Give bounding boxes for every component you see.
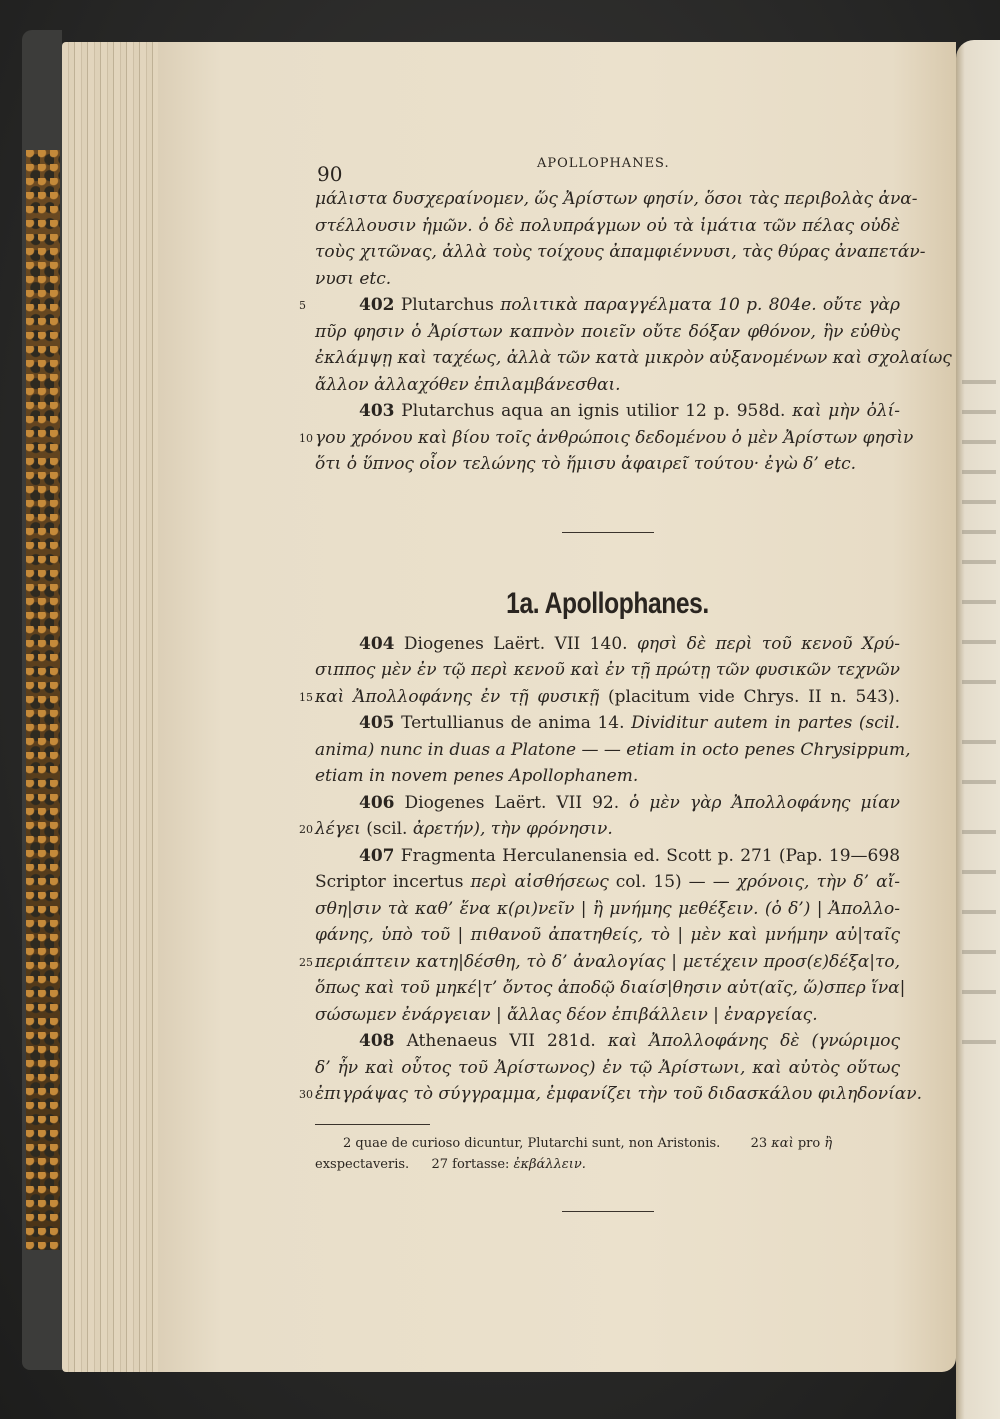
greek-text: ἀρετήν), τὴν φρόνησιν. xyxy=(413,819,613,839)
text-line: 15 καὶ Ἀπολλοφάνης ἐν τῇ φυσικῇ (placitu… xyxy=(315,684,900,711)
fragment-405: 405 Tertullianus de anima 14. Dividitur … xyxy=(315,710,900,737)
latin-text: (placitum vide Chrys. II n. 543). xyxy=(608,687,900,707)
greek-text: γου χρόνου καὶ βίου τοῖς ἀνθρώποις δεδομ… xyxy=(315,428,913,448)
footnote-line: 2 quae de curioso dicuntur, Plutarchi su… xyxy=(315,1133,900,1154)
latin-quote: Dividitur autem in partes (scil. xyxy=(631,713,900,733)
greek-text: χρόνοις, τὴν δ’ αἴ- xyxy=(737,872,900,892)
page-end-rule xyxy=(562,1211,654,1212)
footnote-text: 23 xyxy=(751,1136,768,1151)
text-line: etiam in novem penes Apollophanem. xyxy=(315,763,900,790)
greek-text: καὶ μὴν ὀλί- xyxy=(792,401,900,421)
greek-text: ἐπιγράψας τὸ σύγγραμμα, ἐμφανίζει τὴν το… xyxy=(315,1084,922,1104)
footnotes: 2 quae de curioso dicuntur, Plutarchi su… xyxy=(315,1133,900,1175)
latin-text: (scil. xyxy=(366,819,407,839)
facing-page-edge xyxy=(956,40,1000,1419)
text-line: 10 γου χρόνου καὶ βίου τοῖς ἀνθρώποις δε… xyxy=(315,425,900,452)
text-line: φάνης, ὑπὸ τοῦ | πιθανοῦ ἀπατηθείς, τὸ |… xyxy=(315,922,900,949)
fragment-402: 5 402 Plutarchus πολιτικὰ παραγγέλματα 1… xyxy=(315,292,900,319)
page-number: 90 xyxy=(317,162,342,186)
fragment-number: 407 xyxy=(359,846,395,866)
running-head: 90 APOLLOPHANES. xyxy=(315,150,900,186)
fragment-408: 408 Athenaeus VII 281d. καὶ Ἀπολλοφάνης … xyxy=(315,1028,900,1055)
latin-text: Scriptor incertus xyxy=(315,872,463,892)
footnote-text: exspectaveris. xyxy=(315,1157,409,1172)
greek-text: καὶ Ἀπολλοφάνης ἐν τῇ φυσικῇ xyxy=(315,687,599,707)
latin-text: col. 15) — — xyxy=(616,872,730,892)
fragment-source: Plutarchus xyxy=(401,295,494,315)
text-line: σιππος μὲν ἐν τῷ περὶ κενοῦ καὶ ἐν τῇ πρ… xyxy=(315,657,900,684)
fragment-number: 402 xyxy=(359,295,395,315)
text-line: ὅπως καὶ τοῦ μηκέ|τ’ ὄντος ἀποδῷ διαίσ|θ… xyxy=(315,975,900,1002)
text-line: σώσωμεν ἐνάργειαν | ἄλλας δέον ἐπιβάλλει… xyxy=(315,1002,900,1029)
fragment-404: 404 Diogenes Laërt. VII 140. φησὶ δὲ περ… xyxy=(315,631,900,658)
text-line: Scriptor incertus περὶ αἰσθήσεως col. 15… xyxy=(315,869,900,896)
greek-text: περιάπτειν κατη|δέσθη, τὸ δ’ ἀναλογίας |… xyxy=(315,952,900,972)
text-line: 25 περιάπτειν κατη|δέσθη, τὸ δ’ ἀναλογία… xyxy=(315,949,900,976)
section-title: 1a. Apollophanes. xyxy=(368,587,848,621)
line-number: 10 xyxy=(299,426,313,453)
fragment-403: 403 Plutarchus aqua an ignis utilior 12 … xyxy=(315,398,900,425)
text-line: δ’ ἦν καὶ οὗτος τοῦ Ἀρίστωνος) ἐν τῷ Ἀρί… xyxy=(315,1055,900,1082)
page-content: 90 APOLLOPHANES. μάλιστα δυσχεραίνομεν, … xyxy=(315,150,900,1212)
text-line: νυσι etc. xyxy=(315,266,900,293)
fragment-source: Tertullianus de anima 14. xyxy=(401,713,624,733)
text-line: ἐκλάμψῃ καὶ ταχέως, ἀλλὰ τῶν κατὰ μικρὸν… xyxy=(315,345,900,372)
text-line: 30 ἐπιγράψας τὸ σύγγραμμα, ἐμφανίζει τὴν… xyxy=(315,1081,900,1108)
footnote-text: 27 fortasse: xyxy=(431,1157,509,1172)
text-line: σθη|σιν τὰ καθ’ ἕνα κ(ρι)νεῖν | ἢ μνήμης… xyxy=(315,896,900,923)
footnote-text: 2 quae de curioso dicuntur, Plutarchi su… xyxy=(343,1136,720,1151)
text-line: ὅτι ὁ ὕπνος οἷον τελώνης τὸ ἥμισυ ἀφαιρε… xyxy=(315,451,900,478)
fragment-407: 407 Fragmenta Herculanensia ed. Scott p.… xyxy=(315,843,900,870)
text-line: πῦρ φησιν ὁ Ἀρίστων καπνὸν ποιεῖν οὔτε δ… xyxy=(315,319,900,346)
greek-text: περὶ αἰσθήσεως xyxy=(470,872,608,892)
greek-text: ὁ μὲν γὰρ Ἀπολλοφάνης μίαν xyxy=(629,793,900,813)
text-line: anima) nunc in duas a Platone — — etiam … xyxy=(315,737,900,764)
footnote-greek: ἢ xyxy=(824,1136,832,1151)
fragment-number: 406 xyxy=(359,793,395,813)
greek-text: καὶ Ἀπολλοφάνης δὲ (γνώριμος xyxy=(608,1031,900,1051)
greek-text: λέγει xyxy=(315,819,361,839)
marbled-board-edge xyxy=(26,150,60,1250)
footnote-line: exspectaveris. 27 fortasse: ἐκβάλλειν. xyxy=(315,1154,900,1175)
fragment-source: Athenaeus VII 281d. xyxy=(407,1031,596,1051)
running-title: APOLLOPHANES. xyxy=(537,156,670,171)
text-line: ἄλλον ἀλλαχόθεν ἐπιλαμβάνεσθαι. xyxy=(315,372,900,399)
line-number: 25 xyxy=(299,950,313,977)
text-line: τοὺς χιτῶνας, ἀλλὰ τοὺς τοίχους ἀπαμφιέν… xyxy=(315,239,900,266)
fragment-406: 406 Diogenes Laërt. VII 92. ὁ μὲν γὰρ Ἀπ… xyxy=(315,790,900,817)
line-number: 20 xyxy=(299,817,313,844)
greek-text: φησὶ δὲ περὶ τοῦ κενοῦ Χρύ- xyxy=(637,634,900,654)
text-line: μάλιστα δυσχεραίνομεν, ὥς Ἀρίστων φησίν,… xyxy=(315,186,900,213)
greek-text: πολιτικὰ παραγγέλματα 10 p. 804e. οὔτε γ… xyxy=(500,295,900,315)
page-stack-fore-edge xyxy=(62,42,162,1372)
fragment-number: 404 xyxy=(359,634,395,654)
fragment-source: Diogenes Laërt. VII 92. xyxy=(405,793,620,813)
line-number: 30 xyxy=(299,1082,313,1109)
fragment-number: 405 xyxy=(359,713,395,733)
footnote-greek: ἐκβάλλειν. xyxy=(514,1157,586,1172)
footnote-text: pro xyxy=(798,1136,820,1151)
fragment-number: 403 xyxy=(359,401,395,421)
fragment-number: 408 xyxy=(359,1031,395,1051)
fragment-source: Fragmenta Herculanensia ed. Scott p. 271… xyxy=(401,846,900,866)
fragment-source: Diogenes Laërt. VII 140. xyxy=(404,634,628,654)
text-line: στέλλουσιν ἡμῶν. ὁ δὲ πολυπράγμων οὐ τὰ … xyxy=(315,213,900,240)
footnote-greek: καὶ xyxy=(771,1136,793,1151)
text-line: 20 λέγει (scil. ἀρετήν), τὴν φρόνησιν. xyxy=(315,816,900,843)
line-number: 5 xyxy=(299,293,313,320)
line-number: 15 xyxy=(299,685,313,712)
fragment-source: Plutarchus aqua an ignis utilior 12 p. 9… xyxy=(401,401,785,421)
